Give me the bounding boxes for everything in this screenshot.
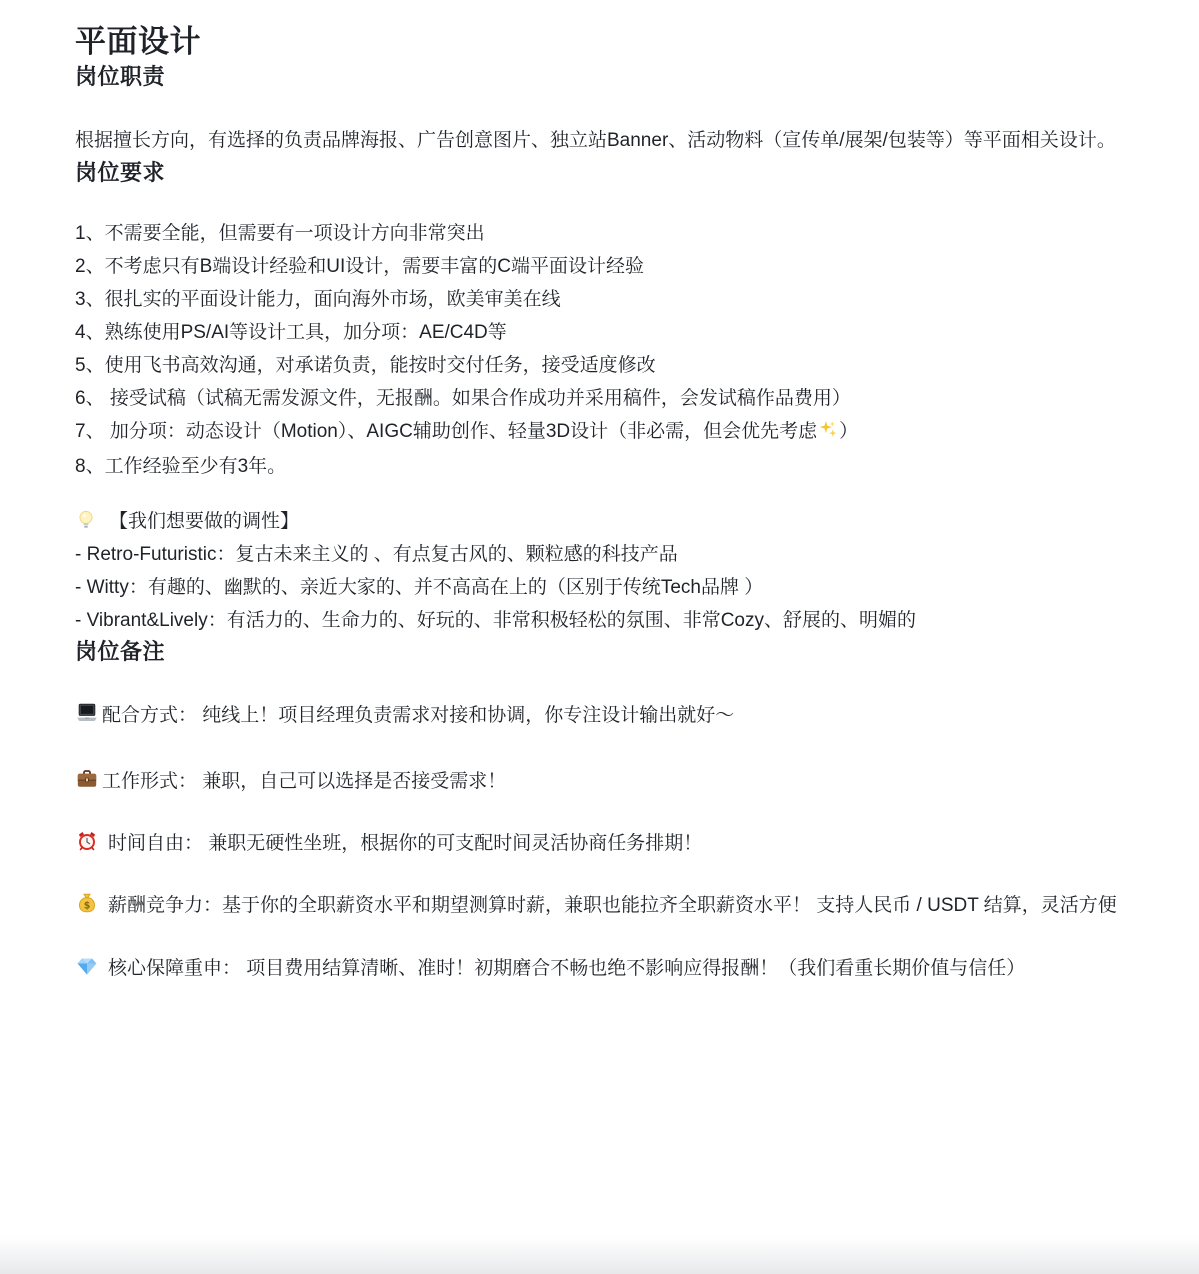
note-item-time: 时间自由： 兼职无硬性坐班，根据你的可支配时间灵活协商任务排期！ bbox=[75, 826, 1139, 862]
svg-text:$: $ bbox=[84, 901, 91, 912]
gem-icon bbox=[75, 954, 99, 978]
tone-item: - Witty：有趣的、幽默的、亲近大家的、并不高高在上的（区别于传统Tech品… bbox=[75, 571, 1139, 604]
tone-block: 【我们想要做的调性】 - Retro-Futuristic：复古未来主义的 、有… bbox=[75, 505, 1139, 637]
requirement-item: 4、熟练使用PS/AI等设计工具，加分项：AE/C4D等 bbox=[75, 316, 1139, 349]
note-text: 配合方式： 纯线上！项目经理负责需求对接和协调，你专注设计输出就好～ bbox=[102, 705, 734, 726]
tone-item: - Retro-Futuristic：复古未来主义的 、有点复古风的、颗粒感的科… bbox=[75, 538, 1139, 571]
note-text: 薪酬竞争力：基于你的全职薪资水平和期望测算时薪，兼职也能拉齐全职薪资水平！ 支持… bbox=[108, 895, 1117, 916]
note-item-cooperation: 配合方式： 纯线上！项目经理负责需求对接和协调，你专注设计输出就好～ bbox=[75, 698, 1139, 734]
page-bottom-fade bbox=[0, 1236, 1199, 1274]
note-text: 核心保障重申： 项目费用结算清晰、准时！初期磨合不畅也绝不影响应得报酬！（我们看… bbox=[108, 958, 1025, 979]
tone-item: - Vibrant&Lively：有活力的、生命力的、好玩的、非常积极轻松的氛围… bbox=[75, 604, 1139, 637]
note-item-guarantee: 核心保障重申： 项目费用结算清晰、准时！初期磨合不畅也绝不影响应得报酬！（我们看… bbox=[75, 951, 1139, 987]
requirement-item: 2、不考虑只有B端设计经验和UI设计，需要丰富的C端平面设计经验 bbox=[75, 250, 1139, 283]
duties-heading: 岗位职责 bbox=[75, 62, 1139, 92]
requirement-item-text: ） bbox=[839, 421, 858, 442]
tone-heading-line: 【我们想要做的调性】 bbox=[75, 505, 1139, 538]
requirement-item: 7、 加分项：动态设计（Motion）、AIGC辅助创作、轻量3D设计（非必需，… bbox=[75, 415, 1139, 450]
note-item-work-form: 工作形式： 兼职，自己可以选择是否接受需求！ bbox=[75, 764, 1139, 800]
note-text: 工作形式： 兼职，自己可以选择是否接受需求！ bbox=[102, 771, 506, 792]
requirements-heading: 岗位要求 bbox=[75, 158, 1139, 188]
note-text: 时间自由： 兼职无硬性坐班，根据你的可支配时间灵活协商任务排期！ bbox=[108, 833, 702, 854]
alarm-clock-icon bbox=[75, 829, 99, 853]
requirement-item: 1、不需要全能，但需要有一项设计方向非常突出 bbox=[75, 217, 1139, 250]
requirement-item: 6、 接受试稿（试稿无需发源文件，无报酬。如果合作成功并采用稿件，会发试稿作品费… bbox=[75, 382, 1139, 415]
sparkles-icon bbox=[818, 417, 838, 450]
note-item-salary: $薪酬竞争力：基于你的全职薪资水平和期望测算时薪，兼职也能拉齐全职薪资水平！ 支… bbox=[75, 888, 1139, 924]
requirement-item: 8、工作经验至少有3年。 bbox=[75, 450, 1139, 483]
tone-heading: 【我们想要做的调性】 bbox=[109, 511, 299, 532]
lightbulb-icon bbox=[75, 509, 97, 531]
requirement-item-text: 7、 加分项：动态设计（Motion）、AIGC辅助创作、轻量3D设计（非必需，… bbox=[75, 421, 817, 442]
requirements-list: 1、不需要全能，但需要有一项设计方向非常突出 2、不考虑只有B端设计经验和UI设… bbox=[75, 217, 1139, 483]
requirement-item: 5、使用飞书高效沟通，对承诺负责，能按时交付任务，接受适度修改 bbox=[75, 349, 1139, 382]
page-title: 平面设计 bbox=[75, 22, 1139, 62]
requirement-item: 3、很扎实的平面设计能力，面向海外市场，欧美审美在线 bbox=[75, 283, 1139, 316]
duties-body: 根据擅长方向，有选择的负责品牌海报、广告创意图片、独立站Banner、活动物料（… bbox=[75, 123, 1139, 158]
notes-heading: 岗位备注 bbox=[75, 637, 1139, 667]
document-page: 平面设计 岗位职责 根据擅长方向，有选择的负责品牌海报、广告创意图片、独立站Ba… bbox=[0, 0, 1199, 987]
money-bag-icon: $ bbox=[75, 891, 99, 915]
laptop-icon bbox=[75, 701, 99, 725]
briefcase-icon bbox=[75, 767, 99, 791]
